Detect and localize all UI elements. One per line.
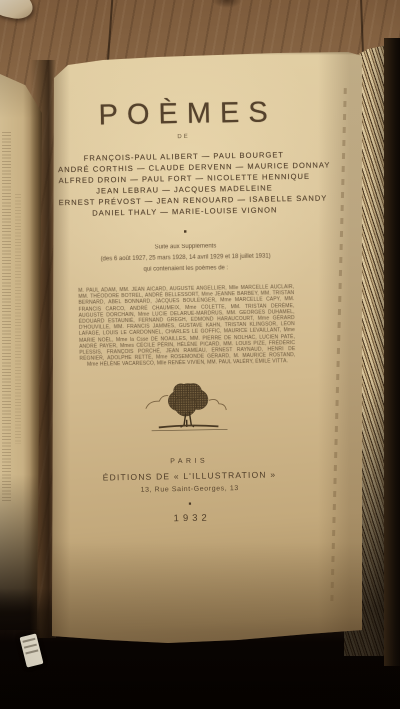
tree-engraving-svg xyxy=(138,379,239,437)
title-page: POÈMES DE FRANÇOIS-PAUL ALIBERT — PAUL B… xyxy=(48,48,362,650)
tree-engraving-ornament xyxy=(138,379,239,437)
cloud-left xyxy=(146,395,169,408)
title-connector: DE xyxy=(58,132,310,142)
imprint-publisher: ÉDITIONS DE « L'ILLUSTRATION » xyxy=(63,468,315,482)
cloud-right xyxy=(209,399,226,410)
supplement-note: Suite aux Suppléments (des 6 août 1927, … xyxy=(59,240,312,277)
book-gutter xyxy=(30,60,56,638)
square-ornament: ■ xyxy=(59,228,311,237)
imprint-block: PARIS ÉDITIONS DE « L'ILLUSTRATION » 13,… xyxy=(63,455,316,525)
tree-foliage xyxy=(168,383,208,416)
imprint-city: PARIS xyxy=(63,455,315,466)
ground-line-thin xyxy=(152,429,228,430)
author-list: FRANÇOIS-PAUL ALIBERT — PAUL BOURGET AND… xyxy=(58,149,311,219)
ground-line xyxy=(159,425,219,427)
book-cover-edge xyxy=(384,38,400,666)
imprint-address: 13, Rue Saint-Georges, 13 xyxy=(64,483,316,494)
previous-poets-paragraph: M. PAUL ADAM, MM. JEAN AICARD, AUGUSTE A… xyxy=(78,284,295,368)
printed-content: POÈMES DE FRANÇOIS-PAUL ALIBERT — PAUL B… xyxy=(56,46,316,526)
square-ornament: ■ xyxy=(64,498,316,507)
photo-of-open-book: POÈMES DE FRANÇOIS-PAUL ALIBERT — PAUL B… xyxy=(0,0,400,709)
book-title: POÈMES xyxy=(57,96,310,133)
